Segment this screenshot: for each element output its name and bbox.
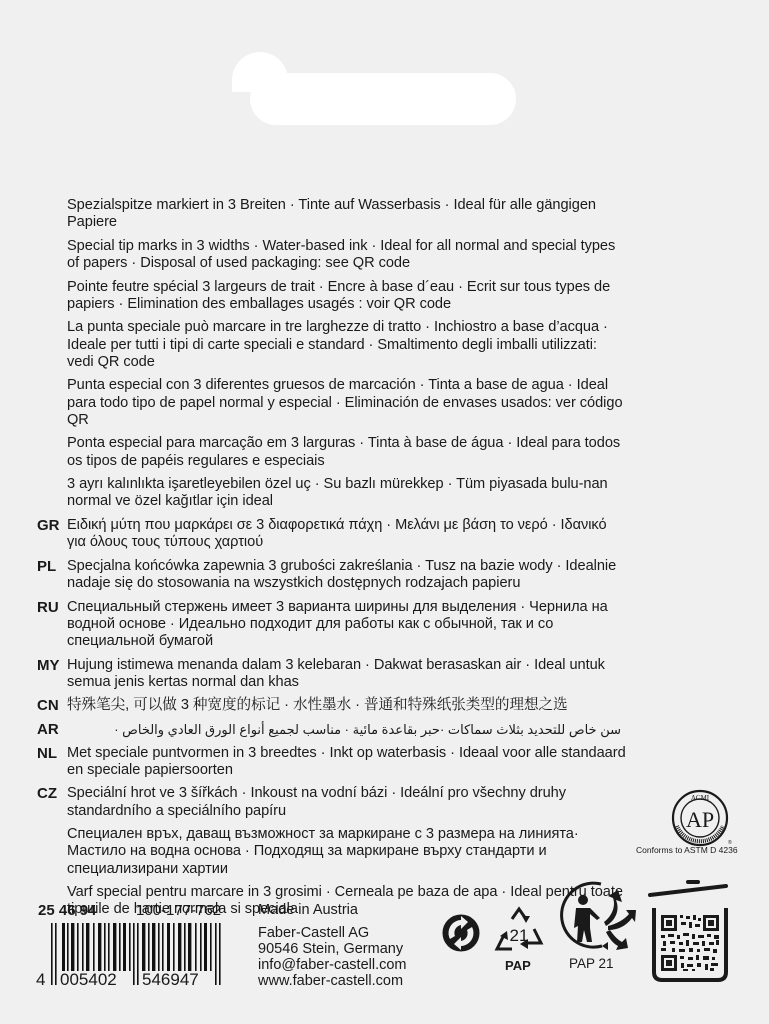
language-code: GR [37, 517, 67, 534]
company-email: info@faber-castell.com [258, 957, 407, 973]
description-tr: 3 ayrı kalınlıkta işaretleyebilen özel u… [37, 476, 627, 510]
qr-code-bin-icon[interactable] [648, 880, 734, 986]
reference-number: 100-177-762 [136, 902, 221, 919]
description-text: Hujung istimewa menanda dalam 3 kelebara… [67, 657, 627, 691]
description-text: 特殊笔尖, 可以做 3 种宽度的标记 · 水性墨水 · 普通和特殊纸张类型的理想… [67, 697, 627, 714]
description-cn: CN 特殊笔尖, 可以做 3 种宽度的标记 · 水性墨水 · 普通和特殊纸张类型… [37, 697, 627, 714]
description-cz: CZ Speciální hrot ve 3 šířkách · Inkoust… [37, 785, 627, 819]
description-gr: GR Ειδική μύτη που μαρκάρει σε 3 διαφορε… [37, 517, 627, 551]
hang-hole-slot [250, 73, 516, 125]
company-name: Faber-Castell AG [258, 925, 407, 941]
description-text: Met speciale puntvormen in 3 breedtes · … [67, 745, 627, 779]
product-descriptions: Spezialspitze markiert in 3 Breiten · Ti… [37, 197, 627, 925]
recycling-code-label: PAP [505, 958, 531, 973]
triman-icon [556, 880, 636, 952]
barcode-right-group: 546947 [142, 971, 199, 988]
description-text: Punta especial con 3 diferentes gruesos … [67, 377, 627, 429]
company-info: Made in Austria Faber-Castell AG 90546 S… [258, 902, 407, 989]
description-text: Ειδική μύτη που μαρκάρει σε 3 διαφορετικ… [67, 517, 627, 551]
company-website: www.faber-castell.com [258, 973, 407, 989]
description-text: Specjalna końcówka zapewnia 3 grubości z… [67, 558, 627, 592]
description-nl: NL Met speciale puntvormen in 3 breedtes… [37, 745, 627, 779]
green-dot-icon [440, 912, 482, 954]
language-code: AR [37, 721, 67, 738]
astm-caption: Conforms to ASTM D 4236 [636, 845, 738, 855]
recycling-code-number: 21 [510, 926, 529, 945]
description-text: Pointe feutre spécial 3 largeurs de trai… [67, 279, 627, 313]
made-in: Made in Austria [258, 902, 407, 918]
language-code: PL [37, 558, 67, 575]
description-ar: AR سن خاص للتحديد بثلاث سماكات ·حبر بقاع… [37, 721, 627, 738]
description-it: La punta speciale può marcare in tre lar… [37, 319, 627, 371]
description-my: MY Hujung istimewa menanda dalam 3 keleb… [37, 657, 627, 691]
description-text: 3 ayrı kalınlıkta işaretleyebilen özel u… [67, 476, 627, 510]
description-bg: Специален връх, даващ възможност за марк… [37, 826, 627, 878]
description-text: Spezialspitze markiert in 3 Breiten · Ti… [67, 197, 627, 231]
description-text: سن خاص للتحديد بثلاث سماكات ·حبر بقاعدة … [67, 721, 627, 738]
triman-label: PAP 21 [569, 956, 614, 971]
description-ru: RU Специальный стержень имеет 3 варианта… [37, 599, 627, 651]
description-text: La punta speciale può marcare in tre lar… [67, 319, 627, 371]
barcode-left-group: 005402 [60, 971, 117, 988]
description-text: Специальный стержень имеет 3 варианта ши… [67, 599, 627, 651]
language-code: CZ [37, 785, 67, 802]
svg-text:AP: AP [686, 807, 714, 832]
description-text: Speciální hrot ve 3 šířkách · Inkoust na… [67, 785, 627, 819]
barcode-first-digit: 4 [36, 971, 45, 988]
recycling-triangle-icon: 21 [492, 905, 546, 957]
description-de: Spezialspitze markiert in 3 Breiten · Ti… [37, 197, 627, 231]
language-code: NL [37, 745, 67, 762]
company-address: 90546 Stein, Germany [258, 941, 407, 957]
language-code: CN [37, 697, 67, 714]
description-pl: PL Specjalna końcówka zapewnia 3 grubośc… [37, 558, 627, 592]
ean-barcode: 4 005402 546947 [38, 923, 238, 991]
article-number: 25 46 94 [38, 902, 96, 919]
description-text: Ponta especial para marcação em 3 largur… [67, 435, 627, 469]
description-pt: Ponta especial para marcação em 3 largur… [37, 435, 627, 469]
description-text: Special tip marks in 3 widths · Water-ba… [67, 238, 627, 272]
description-fr: Pointe feutre spécial 3 largeurs de trai… [37, 279, 627, 313]
description-text: Специален връх, даващ възможност за марк… [67, 826, 627, 878]
language-code: RU [37, 599, 67, 616]
language-code: MY [37, 657, 67, 674]
description-es: Punta especial con 3 diferentes gruesos … [37, 377, 627, 429]
description-en: Special tip marks in 3 widths · Water-ba… [37, 238, 627, 272]
svg-text:ACMI: ACMI [691, 794, 710, 802]
